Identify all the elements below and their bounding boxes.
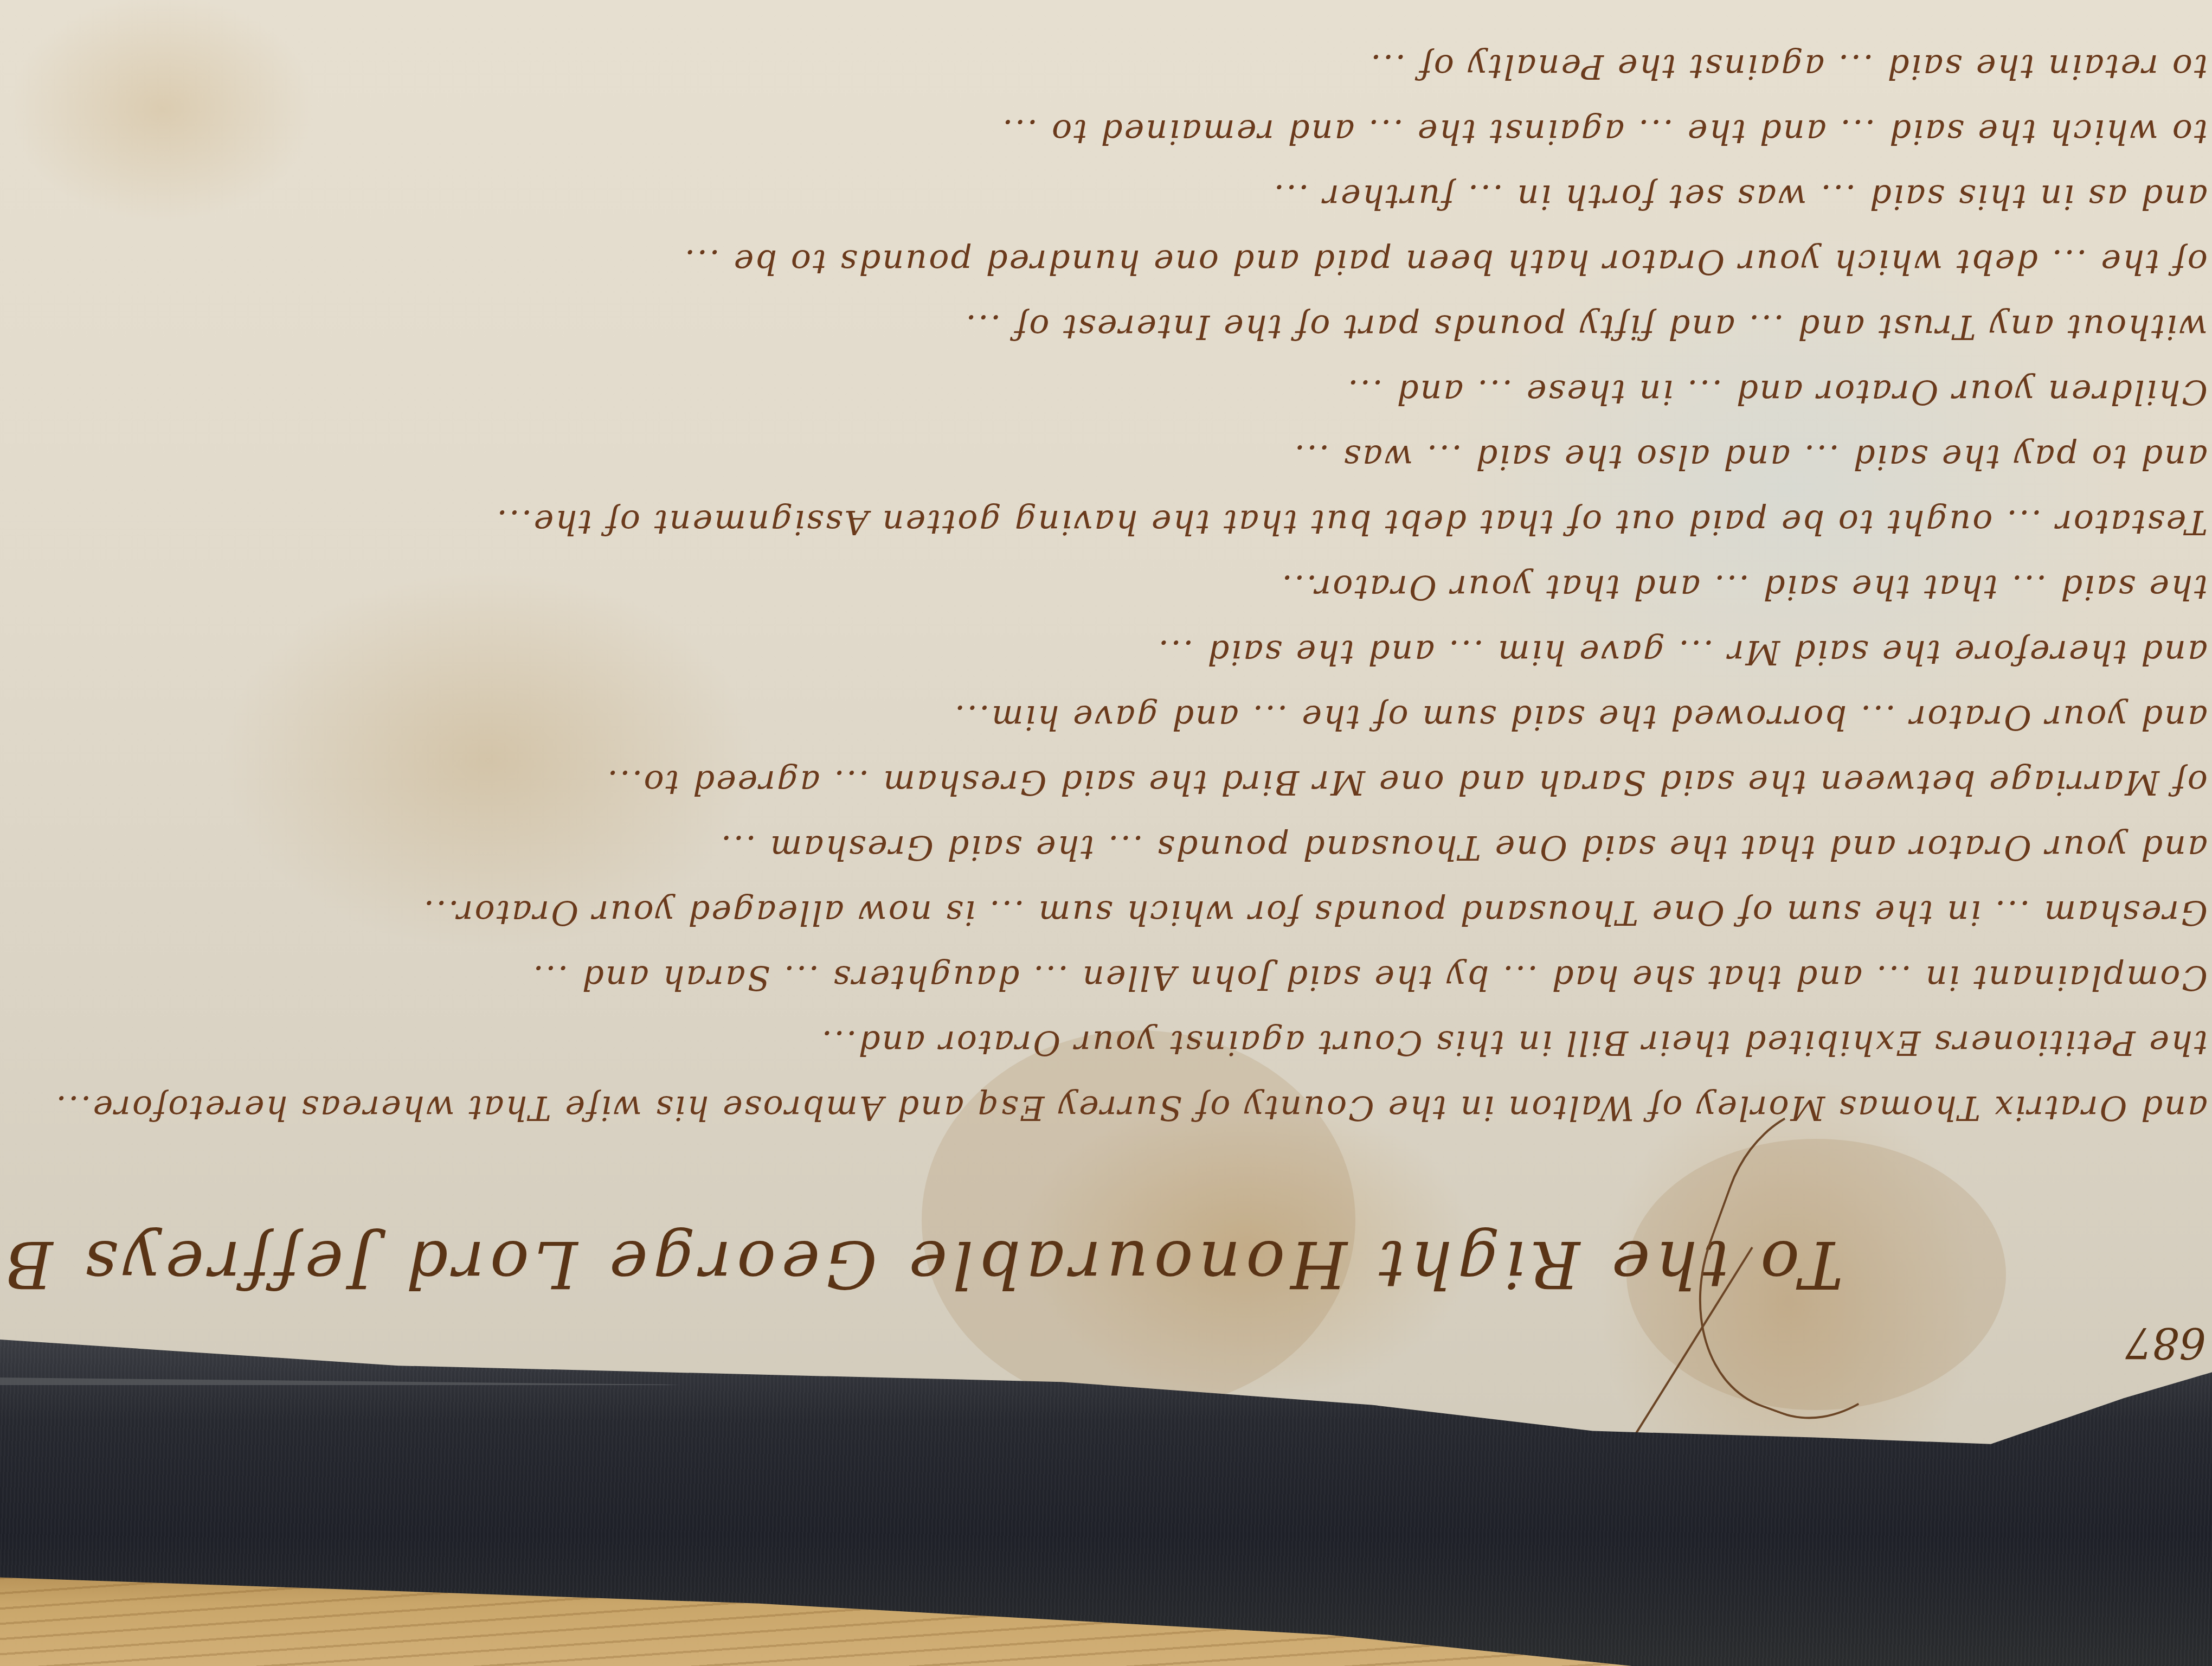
manuscript-line: ...and as in this said ... was set forth… <box>0 177 2212 217</box>
manuscript-line: ...Complainant in ... and that she had .… <box>0 958 2212 998</box>
manuscript-line: ...and your Orator ... borrowed the said… <box>0 698 2212 738</box>
manuscript-line: ...the said ... that the said ... and th… <box>0 568 2212 607</box>
address-line: To the Right Honourable George Lord Jeff… <box>0 1226 1843 1302</box>
manuscript-line: ...and to pay the said ... and also the … <box>0 438 2212 477</box>
manuscript-line: ...of Marriage between the said Sarah an… <box>0 763 2212 803</box>
manuscript-line: ...of the ... debt which your Orator hat… <box>0 242 2212 282</box>
manuscript-line: ...Gresham ... in the sum of One Thousan… <box>0 893 2212 933</box>
date-annotation: 1687 <box>2125 1318 2212 1367</box>
manuscript-line: ...and therefore the said Mr ... gave hi… <box>0 633 2212 672</box>
manuscript-line: ...and Oratrix Thomas Morley of Walton i… <box>0 1088 2212 1128</box>
manuscript-line: ...to retain the said ... against the Pe… <box>0 47 2212 87</box>
manuscript-line: ...the Petitioners Exhibited their Bill … <box>0 1023 2212 1063</box>
manuscript-line: ...Testator ... ought to be paid out of … <box>0 503 2212 542</box>
manuscript-line: ...without any Trust and ... and fifty p… <box>0 307 2212 347</box>
manuscript-line: ...Children your Orator and ... in these… <box>0 373 2212 412</box>
manuscript-body: ...and Oratrix Thomas Morley of Walton i… <box>0 0 2212 1150</box>
manuscript-line: ...and your Orator and that the said One… <box>0 828 2212 868</box>
parchment-document: ...and Oratrix Thomas Morley of Walton i… <box>0 0 2212 1464</box>
manuscript-line: ...to which the said ... and the ... aga… <box>0 112 2212 152</box>
